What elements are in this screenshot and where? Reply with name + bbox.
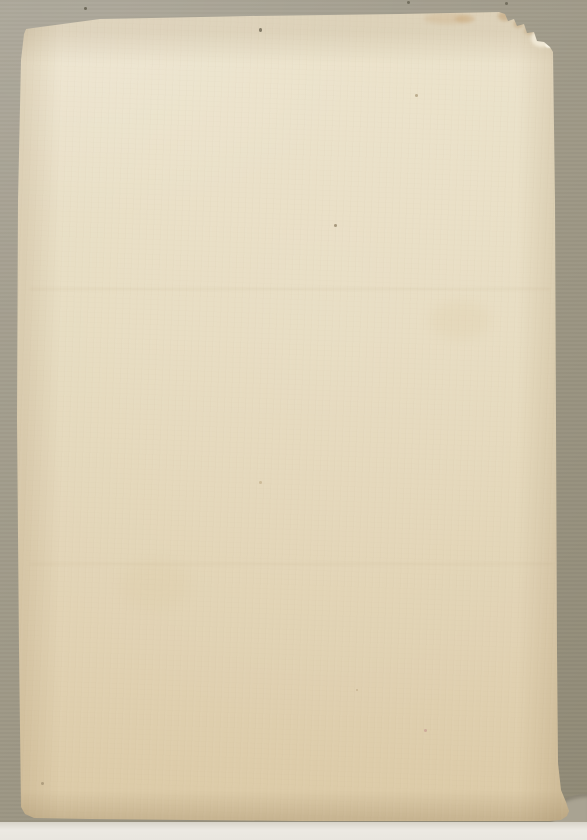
bottom-surface-strip [0,822,587,840]
foxing-speck [334,224,337,227]
foxing-speck [259,28,262,32]
foxing-speck [424,729,427,732]
background-speck [407,1,410,4]
age-stain [120,560,190,610]
paper-sheet [0,0,587,840]
foxing-speck [356,689,358,691]
crease-line [30,563,553,565]
foxing-speck [415,94,418,97]
crease-line [30,288,550,290]
photo-stage: Photograph of a blank aged cream paper s… [0,0,587,840]
background-speck [84,7,87,10]
foxing-speck [259,481,262,484]
background-speck [505,2,508,5]
age-stain [430,300,490,340]
foxing-speck [41,782,44,785]
paper-fiber-texture [0,0,587,840]
top-edge-stain [455,15,475,23]
